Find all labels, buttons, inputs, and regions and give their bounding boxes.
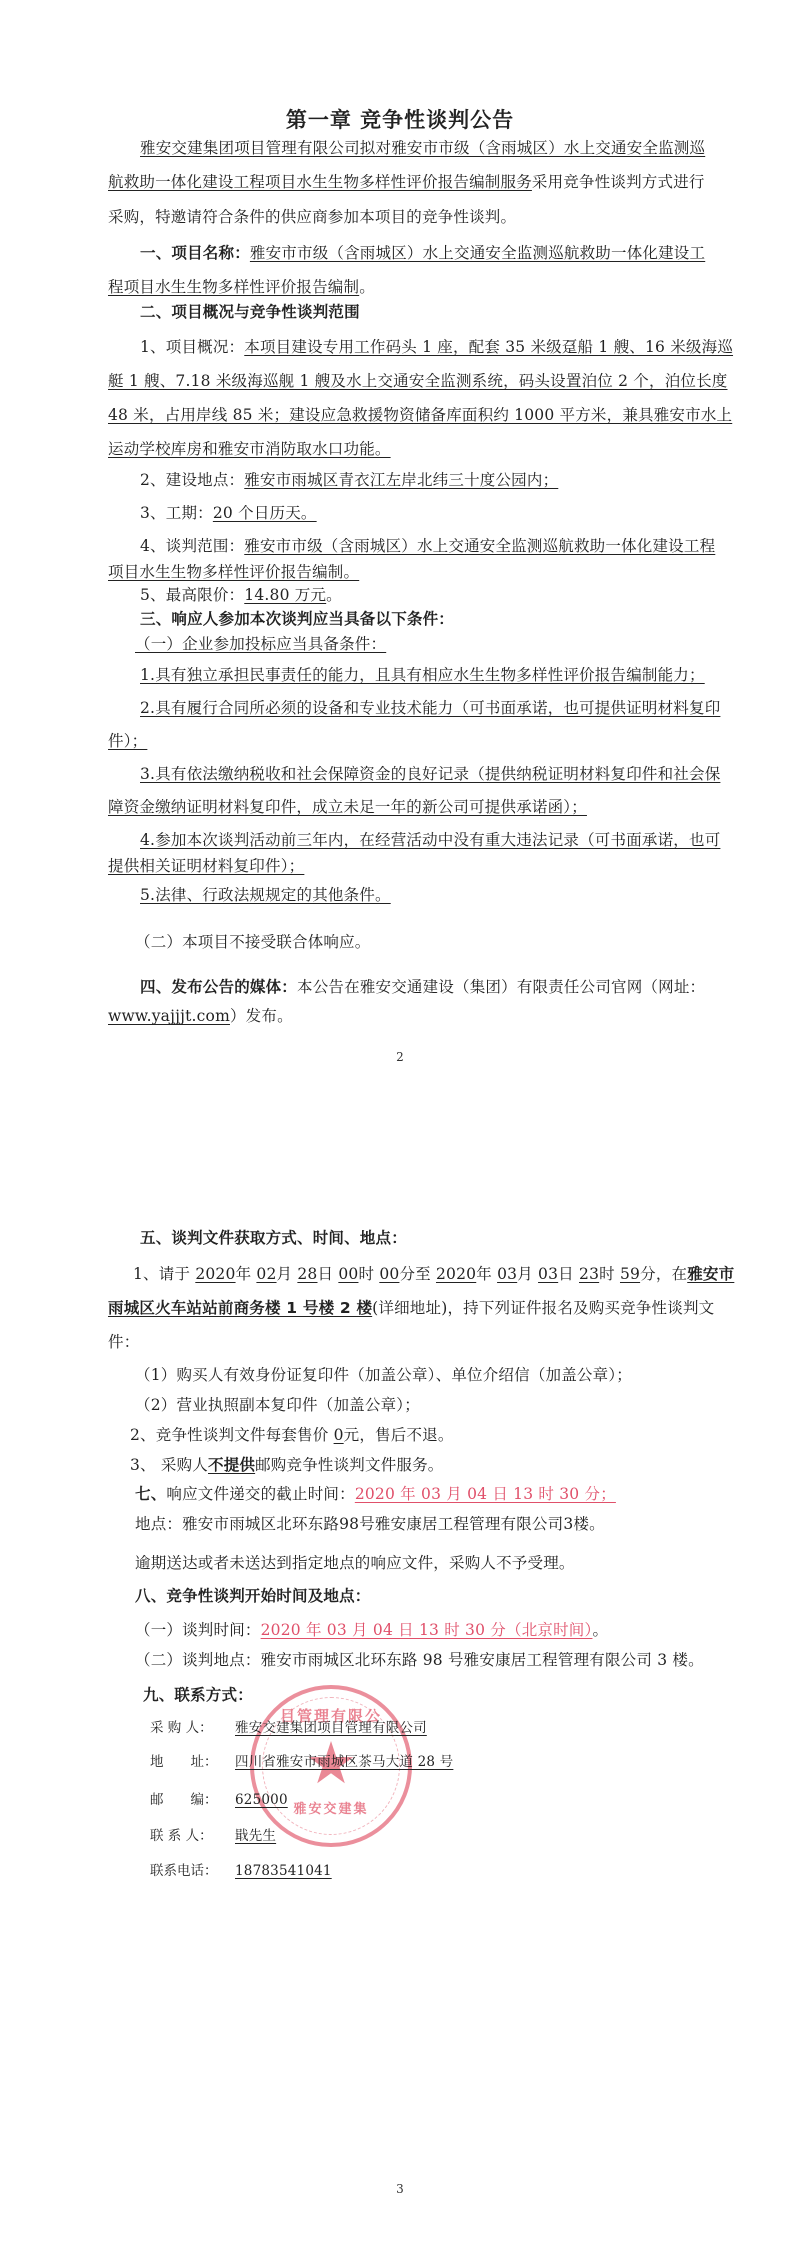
section-8-heading: 八、竞争性谈判开始时间及地点： xyxy=(135,1586,760,1606)
intro-line-2: 航救助一体化建设工程项目水生生物多样性评价报告编制服务采用竞争性谈判方式进行 xyxy=(108,172,733,192)
section-1-project-name: 一、项目名称：雅安市市级（含雨城区）水上交通安全监测巡航救助一体化建设工 xyxy=(140,243,733,263)
condition-4-line-2: 提供相关证明材料复印件）； xyxy=(108,856,733,876)
section-3-sub-2: （二）本项目不接受联合体响应。 xyxy=(135,932,760,952)
section-4-line-2: www.yajjjt.com）发布。 xyxy=(108,1006,733,1026)
negotiation-scope-line-1: 4、谈判范围：雅安市市级（含雨城区）水上交通安全监测巡航救助一体化建设工程 xyxy=(140,536,733,556)
condition-4-line-1: 4.参加本次谈判活动前三年内，在经营活动中没有重大违法记录（可书面承诺，也可 xyxy=(140,830,733,850)
contact-person: 联 系 人：戢先生 xyxy=(150,1826,775,1846)
required-document-1: （1）购买人有效身份证复印件（加盖公章）、单位介绍信（加盖公章）； xyxy=(135,1365,760,1385)
document-price: 2、竞争性谈判文件每套售价 0元，售后不退。 xyxy=(130,1425,755,1445)
required-document-2: （2）营业执照副本复印件（加盖公章）； xyxy=(135,1395,760,1415)
negotiation-place: （二）谈判地点：雅安市雨城区北环东路 98 号雅安康居工程管理有限公司 3 楼。 xyxy=(135,1650,760,1670)
condition-1: 1.具有独立承担民事责任的能力，且具有相应水生生物多样性评价报告编制能力； xyxy=(140,665,733,685)
submission-place: 地点：雅安市雨城区北环东路98号雅安康居工程管理有限公司3楼。 xyxy=(135,1514,760,1534)
condition-3-line-1: 3.具有依法缴纳税收和社会保障资金的良好记录（提供纳税证明材料复印件和社会保 xyxy=(140,764,733,784)
negotiation-scope-line-2: 项目水生生物多样性评价报告编制。 xyxy=(108,562,733,582)
project-overview-line-2: 艇 1 艘、7.18 米级海巡舰 1 艘及水上交通安全监测系统，码头设置泊位 2… xyxy=(108,371,733,391)
construction-site: 2、建设地点：雅安市雨城区青衣江左岸北纬三十度公园内； xyxy=(140,470,733,490)
negotiation-time: （一）谈判时间：2020 年 03 月 04 日 13 时 30 分（北京时间）… xyxy=(135,1620,760,1640)
construction-period: 3、工期：20 个日历天。 xyxy=(140,503,733,523)
section-1-line-2: 程项目水生生物多样性评价报告编制。 xyxy=(108,277,733,297)
doc-acquisition-line-3: 件： xyxy=(108,1332,733,1352)
doc-acquisition-location: 雨城区火车站站前商务楼 1 号楼 2 楼(详细地址)，持下列证件报名及购买竞争性… xyxy=(108,1298,733,1318)
project-overview-line-3: 48 米，占用岸线 85 米；建设应急救援物资储备库面积约 1000 平方米，兼… xyxy=(108,405,733,425)
intro-line-1: 雅安交建集团项目管理有限公司拟对雅安市市级（含雨城区）水上交通安全监测巡 xyxy=(140,138,733,158)
page-number: 3 xyxy=(0,2182,800,2196)
max-price: 5、最高限价：14.80 万元。 xyxy=(140,585,733,605)
project-overview-line-4: 运动学校库房和雅安市消防取水口功能。 xyxy=(108,439,733,459)
contact-purchaser: 采 购 人：雅安交建集团项目管理有限公司 xyxy=(150,1718,775,1738)
condition-3-line-2: 障资金缴纳证明材料复印件，成立未足一年的新公司可提供承诺函）； xyxy=(108,797,733,817)
late-submission-note: 逾期送达或者未送达到指定地点的响应文件，采购人不予受理。 xyxy=(135,1553,760,1573)
doc-acquisition-time: 1、请于 2020年 02月 28日 00时 00分至 2020年 03月 03… xyxy=(133,1264,758,1284)
intro-line-3: 采购，特邀请符合条件的供应商参加本项目的竞争性谈判。 xyxy=(108,207,733,227)
section-4-media: 四、发布公告的媒体：本公告在雅安交通建设（集团）有限责任公司官网（网址： xyxy=(140,977,733,997)
condition-2-line-2: 件）； xyxy=(108,731,733,751)
section-7-deadline: 七、响应文件递交的截止时间：2020 年 03 月 04 日 13 时 30 分… xyxy=(135,1484,760,1504)
mail-service-note: 3、 采购人不提供邮购竞争性谈判文件服务。 xyxy=(130,1455,755,1475)
project-overview-line-1: 1、项目概况：本项目建设专用工作码头 1 座，配套 35 米级趸船 1 艘、16… xyxy=(140,337,733,357)
section-9-heading: 九、联系方式： xyxy=(143,1685,768,1705)
section-2-heading: 二、项目概况与竞争性谈判范围 xyxy=(140,302,733,322)
contact-postcode: 邮 编：625000 xyxy=(150,1790,775,1810)
page-number: 2 xyxy=(0,1050,800,1064)
chapter-title: 第一章 竞争性谈判公告 xyxy=(0,104,800,134)
contact-address: 地 址：四川省雅安市雨城区茶马大道 28 号 xyxy=(150,1752,775,1772)
section-3-heading: 三、响应人参加本次谈判应当具备以下条件： xyxy=(140,609,733,629)
condition-2-line-1: 2.具有履行合同所必须的设备和专业技术能力（可书面承诺，也可提供证明材料复印 xyxy=(140,698,733,718)
contact-phone: 联系电话：18783541041 xyxy=(150,1861,775,1881)
section-5-heading: 五、谈判文件获取方式、时间、地点： xyxy=(140,1228,733,1248)
website-link[interactable]: www.yajjjt.com xyxy=(108,1007,230,1025)
condition-5: 5.法律、行政法规规定的其他条件。 xyxy=(140,885,733,905)
section-3-sub-1: （一）企业参加投标应当具备条件： xyxy=(135,634,760,654)
